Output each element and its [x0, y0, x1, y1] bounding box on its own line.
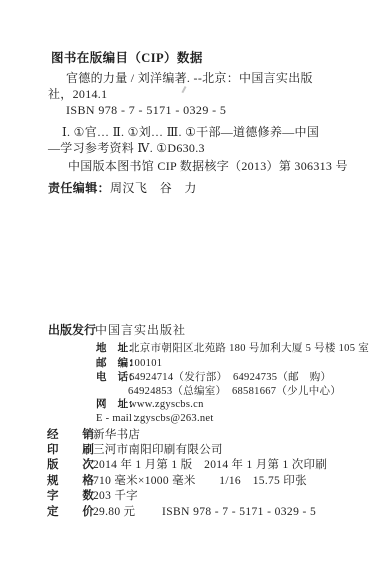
printer-row: 印 刷三河市南阳印刷有限公司: [47, 444, 223, 457]
scan-artifact: [181, 86, 186, 93]
price-row: 定 价29.80 元: [47, 506, 135, 519]
distributor-row: 经 销新华书店: [47, 429, 140, 442]
format-label: 规 格: [47, 475, 93, 488]
printer-label: 印 刷: [47, 444, 93, 457]
cip-record-number: 中国版本图书馆 CIP 数据核字（2013）第 306313 号: [68, 160, 348, 174]
address-label: 地 址：: [96, 343, 129, 355]
phone-value-line2: 64924853（总编室） 68581667（少儿中心）: [128, 386, 341, 397]
publisher-row: 出版发行中国言实出版社: [48, 324, 186, 338]
price-label: 定 价: [47, 506, 93, 519]
cip-classification-line1: Ⅰ. ①官… Ⅱ. ①刘… Ⅲ. ①干部—道德修养—中国: [62, 126, 319, 140]
wordcount-label: 字 数: [47, 490, 93, 503]
format-value: 710 毫米×1000 毫米 1/16 15.75 印张: [93, 475, 307, 487]
website-row: 网 址：www.zgyscbs.cn: [96, 399, 204, 411]
email-label: E - mail：: [96, 413, 135, 425]
cip-header: 图书在版编目（CIP）数据: [51, 51, 203, 65]
phone-row: 电 话：64924714（发行部） 64924735（邮 购）: [96, 372, 331, 384]
format-row: 规 格710 毫米×1000 毫米 1/16 15.75 印张: [47, 475, 307, 488]
phone-row-continued: 64924853（总编室） 68581667（少儿中心）: [128, 386, 341, 398]
isbn-top: ISBN 978 - 7 - 5171 - 0329 - 5: [66, 104, 226, 118]
address-value: 北京市朝阳区北苑路 180 号加利大厦 5 号楼 105 室: [129, 343, 369, 354]
distributor-label: 经 销: [47, 429, 93, 442]
phone-value-line1: 64924714（发行部） 64924735（邮 购）: [129, 372, 331, 383]
wordcount-value: 203 千字: [93, 490, 138, 502]
editor-names: 周汉飞 谷 力: [110, 181, 197, 195]
edition-row: 版 次2014 年 1 月第 1 版 2014 年 1 月第 1 次印刷: [47, 459, 327, 472]
edition-value: 2014 年 1 月第 1 版 2014 年 1 月第 1 次印刷: [93, 459, 327, 471]
website-label: 网 址：: [96, 399, 129, 411]
cip-entry-line1: 官德的力量 / 刘洋编著. --北京：中国言实出版: [66, 72, 313, 86]
email-row: E - mail：zgyscbs@263.net: [96, 413, 214, 425]
copyright-page: 图书在版编目（CIP）数据 官德的力量 / 刘洋编著. --北京：中国言实出版 …: [0, 0, 375, 573]
distributor-value: 新华书店: [93, 429, 140, 441]
website-value: www.zgyscbs.cn: [129, 399, 204, 410]
address-row: 地 址：北京市朝阳区北苑路 180 号加利大厦 5 号楼 105 室: [96, 343, 369, 355]
publisher-name: 中国言实出版社: [95, 323, 186, 337]
wordcount-row: 字 数203 千字: [47, 490, 138, 503]
price-value: 29.80 元: [93, 506, 135, 518]
email-value: zgyscbs@263.net: [135, 413, 214, 424]
postcode-row: 邮 编：100101: [96, 358, 162, 370]
postcode-value: 100101: [129, 358, 162, 369]
cip-classification-line2: —学习参考资料 Ⅳ. ①D630.3: [48, 142, 205, 156]
phone-label: 电 话：: [96, 372, 129, 384]
cip-entry-line2: 社，2014.1: [48, 88, 107, 102]
printer-value: 三河市南阳印刷有限公司: [93, 444, 223, 456]
isbn-footer: ISBN 978 - 7 - 5171 - 0329 - 5: [162, 506, 316, 518]
postcode-label: 邮 编：: [96, 358, 129, 370]
edition-label: 版 次: [47, 459, 93, 472]
editor-row: 责任编辑：周汉飞 谷 力: [48, 182, 197, 196]
editor-label: 责任编辑：: [48, 181, 110, 195]
publisher-label: 出版发行: [48, 324, 95, 338]
